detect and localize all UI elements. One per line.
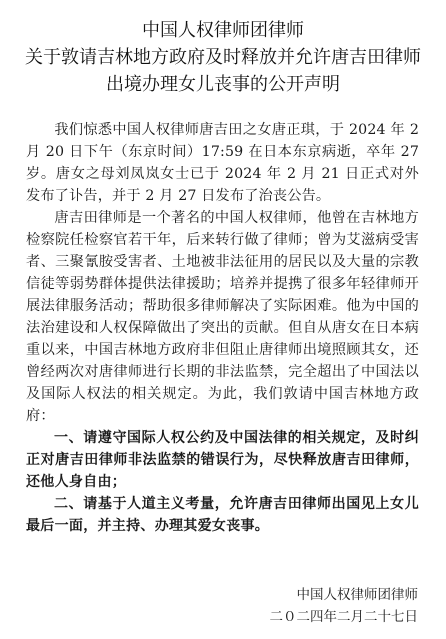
- demand-1: 一、请遵守国际人权公约及中国法律的相关规定，及时纠正对唐吉田律师非法监禁的错误行…: [26, 427, 419, 493]
- signature-block: 中国人权律师团律师 二０二四年二月二十七日: [270, 584, 419, 628]
- signature-date: 二０二四年二月二十七日: [270, 606, 419, 628]
- title-line-2: 关于敦请吉林地方政府及时释放并允许唐吉田律师: [0, 44, 446, 71]
- statement-body: 我们惊悉中国人权律师唐吉田之女唐正琪，于 2024 年 2 月 20 日下午（东…: [26, 119, 419, 537]
- paragraph-background: 唐吉田律师是一个著名的中国人权律师，他曾在吉林地方检察院任检察官若干年，后来转行…: [26, 207, 419, 427]
- paragraph-news: 我们惊悉中国人权律师唐吉田之女唐正琪，于 2024 年 2 月 20 日下午（东…: [26, 119, 419, 207]
- title-line-1: 中国人权律师团律师: [0, 17, 446, 44]
- statement-title: 中国人权律师团律师 关于敦请吉林地方政府及时释放并允许唐吉田律师 出境办理女儿丧…: [0, 17, 446, 98]
- statement-page: 中国人权律师团律师 关于敦请吉林地方政府及时释放并允许唐吉田律师 出境办理女儿丧…: [0, 0, 446, 639]
- signature-organization: 中国人权律师团律师: [270, 584, 419, 606]
- demand-2: 二、请基于人道主义考量，允许唐吉田律师出国见上女儿最后一面，并主持、办理其爱女丧…: [26, 493, 419, 537]
- title-line-3: 出境办理女儿丧事的公开声明: [0, 71, 446, 98]
